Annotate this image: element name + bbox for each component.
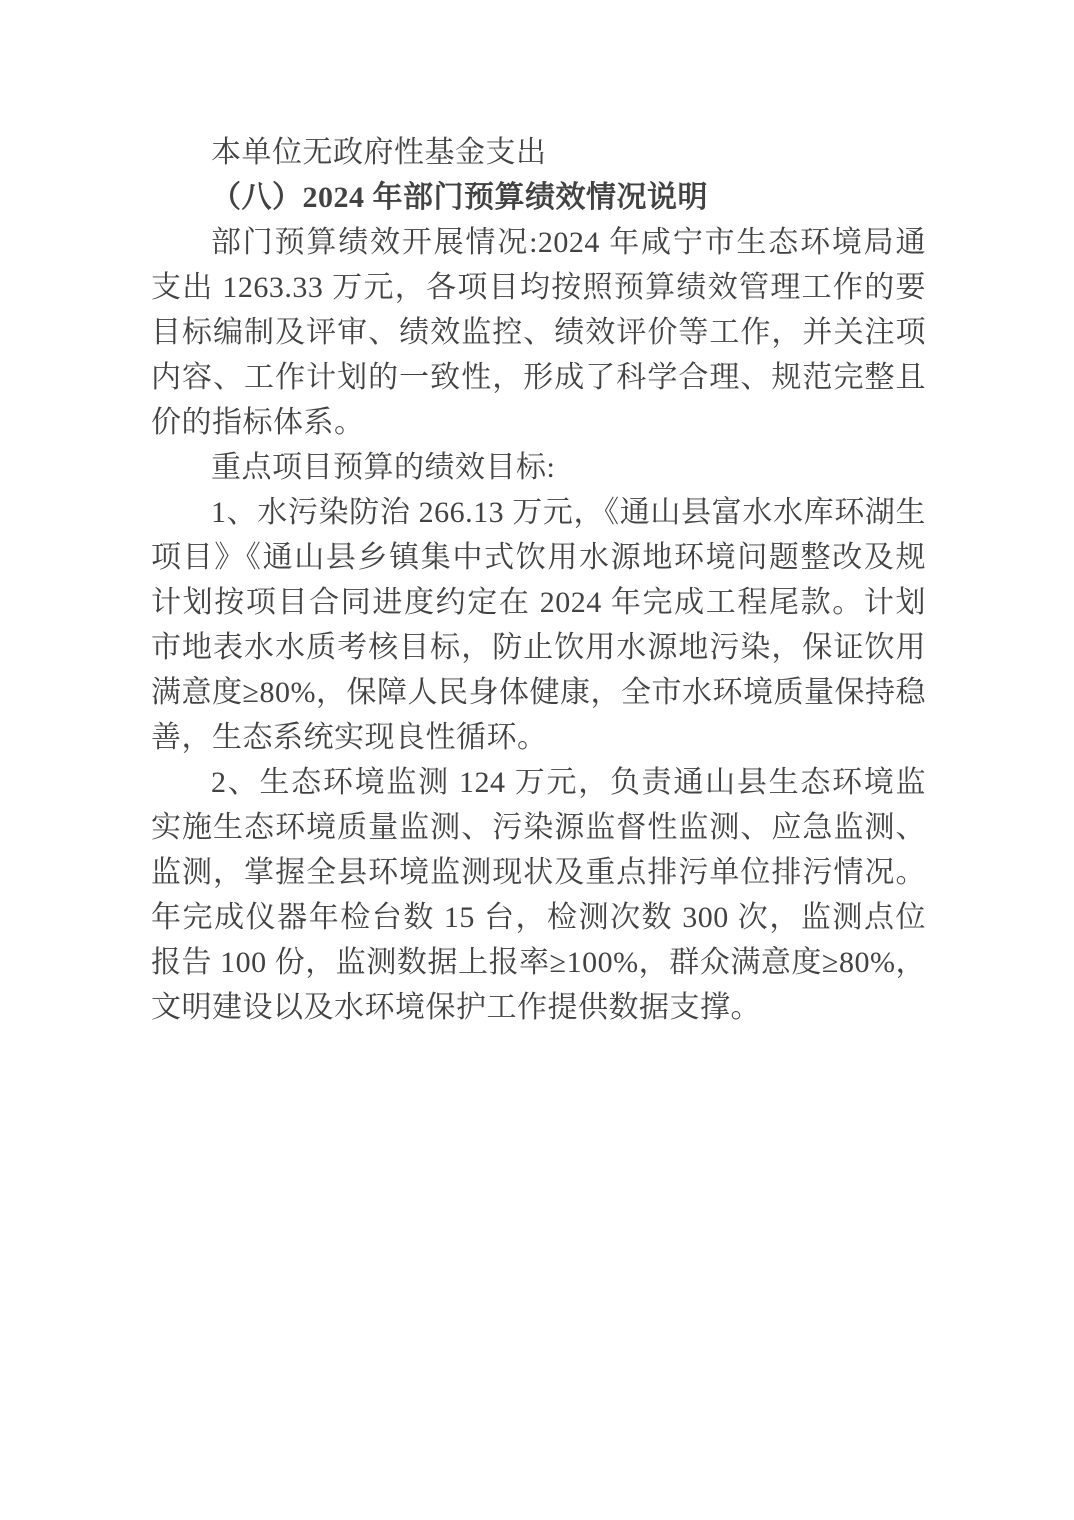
paragraph-key-project-goals-label: 重点项目预算的绩效目标: — [151, 445, 926, 490]
text-line: （八）2024 年部门预算绩效情况说明 — [151, 175, 926, 220]
text-line: 2、生态环境监测 124 万元，负责通山县生态环境监测工作，组织 — [151, 760, 926, 805]
text-line: 善，生态系统实现良性循环。 — [151, 715, 926, 760]
text-line: 监测，掌握全县环境监测现状及重点排污单位排污情况。预计在 2024 — [151, 850, 926, 895]
text-line: 本单位无政府性基金支出 — [151, 130, 926, 175]
paragraph-no-gov-fund-note: 本单位无政府性基金支出 — [151, 130, 926, 175]
text-line: 价的指标体系。 — [151, 400, 926, 445]
text-line: 满意度≥80%，保障人民身体健康，全市水环境质量保持稳定或持续改 — [151, 670, 926, 715]
text-line: 内容、工作计划的一致性，形成了科学合理、规范完整且可量化、可评 — [151, 355, 926, 400]
text-line: 文明建设以及水环境保护工作提供数据支撑。 — [151, 985, 926, 1030]
paragraph-water-pollution-project: 1、水污染防治 266.13 万元，《通山县富水水库环湖生态修复工程项目》《通山… — [151, 490, 926, 760]
text-line: 目标编制及评审、绩效监控、绩效评价等工作，并关注项目目标与预算 — [151, 310, 926, 355]
document-body: 本单位无政府性基金支出（八）2024 年部门预算绩效情况说明部门预算绩效开展情况… — [151, 130, 926, 1030]
text-line: 部门预算绩效开展情况:2024 年咸宁市生态环境局通山县分局项目 — [151, 220, 926, 265]
paragraph-performance-overview: 部门预算绩效开展情况:2024 年咸宁市生态环境局通山县分局项目支出 1263.… — [151, 220, 926, 445]
text-line: 1、水污染防治 266.13 万元，《通山县富水水库环湖生态修复工程 — [151, 490, 926, 535]
text-line: 市地表水水质考核目标，防止饮用水源地污染，保证饮用水安全；群众 — [151, 625, 926, 670]
text-line: 计划按项目合同进度约定在 2024 年完成工程尾款。计划达到上级对我 — [151, 580, 926, 625]
paragraph-section-8-heading: （八）2024 年部门预算绩效情况说明 — [151, 175, 926, 220]
text-line: 报告 100 份，监测数据上报率≥100%，群众满意度≥80%，为我市生态 — [151, 940, 926, 985]
text-line: 支出 1263.33 万元，各项目均按照预算绩效管理工作的要求，开展绩效 — [151, 265, 926, 310]
text-line: 年完成仪器年检台数 15 台，检测次数 300 次，监测点位 300 个，监测 — [151, 895, 926, 940]
text-line: 实施生态环境质量监测、污染源监督性监测、应急监测、土壤和地下水 — [151, 805, 926, 850]
text-line: 项目》《通山县乡镇集中式饮用水源地环境问题整改及规范化建设项目》 — [151, 535, 926, 580]
paragraph-env-monitoring-project: 2、生态环境监测 124 万元，负责通山县生态环境监测工作，组织实施生态环境质量… — [151, 760, 926, 1030]
document-page: 本单位无政府性基金支出（八）2024 年部门预算绩效情况说明部门预算绩效开展情况… — [0, 0, 1074, 1520]
text-line: 重点项目预算的绩效目标: — [151, 445, 926, 490]
